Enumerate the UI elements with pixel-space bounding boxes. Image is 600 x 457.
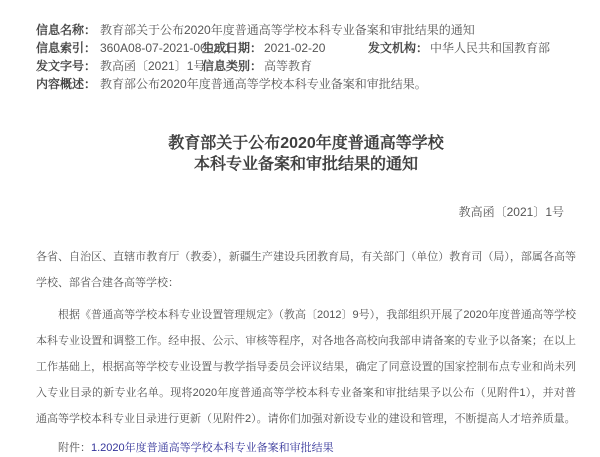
- meta-row-summary: 内容概述： 教育部公布2020年度普通高等学校本科专业备案和审批结果。: [36, 75, 576, 93]
- document-number: 教高函〔2021〕1号: [36, 203, 576, 220]
- meta-name-label: 信息名称：: [36, 21, 100, 39]
- page-title: 教育部关于公布2020年度普通高等学校 本科专业备案和审批结果的通知: [36, 133, 576, 175]
- page-title-line2: 本科专业备案和审批结果的通知: [194, 156, 418, 173]
- attachment-row: 附件：1.2020年度普通高等学校本科专业备案和审批结果: [36, 440, 576, 456]
- meta-agency-label: 发文机构：: [368, 39, 430, 57]
- meta-date-value: 2021-02-20: [264, 39, 368, 57]
- meta-name-value: 教育部关于公布2020年度普通高等学校本科专业备案和审批结果的通知: [100, 21, 576, 39]
- attachment-link[interactable]: 1.2020年度普通高等学校本科专业备案和审批结果: [91, 442, 334, 454]
- body-paragraph: 根据《普通高等学校本科专业设置管理规定》（教高〔2012〕9号），我部组织开展了…: [36, 302, 576, 432]
- notice-page: 信息名称： 教育部关于公布2020年度普通高等学校本科专业备案和审批结果的通知 …: [0, 0, 600, 457]
- meta-index-label: 信息索引：: [36, 39, 100, 57]
- page-title-line1: 教育部关于公布2020年度普通高等学校: [168, 135, 444, 152]
- meta-docno-label: 发文字号：: [36, 57, 100, 75]
- meta-category-value: 高等教育: [264, 57, 576, 75]
- meta-category-label: 信息类别：: [202, 57, 264, 75]
- meta-summary-label: 内容概述：: [36, 75, 100, 93]
- meta-index-value: 360A08-07-2021-0002-1: [100, 39, 202, 57]
- attachment-label: 附件：: [58, 442, 91, 454]
- meta-agency-value: 中华人民共和国教育部: [430, 39, 576, 57]
- meta-row-index-date-agency: 信息索引： 360A08-07-2021-0002-1 生成日期： 2021-0…: [36, 39, 576, 57]
- meta-docno-value: 教高函〔2021〕1号: [100, 57, 202, 75]
- meta-row-docno-category: 发文字号： 教高函〔2021〕1号 信息类别： 高等教育: [36, 57, 576, 75]
- meta-block: 信息名称： 教育部关于公布2020年度普通高等学校本科专业备案和审批结果的通知 …: [36, 21, 576, 93]
- meta-summary-value: 教育部公布2020年度普通高等学校本科专业备案和审批结果。: [100, 75, 576, 93]
- meta-date-label: 生成日期：: [202, 39, 264, 57]
- meta-row-name: 信息名称： 教育部关于公布2020年度普通高等学校本科专业备案和审批结果的通知: [36, 21, 576, 39]
- salutation: 各省、自治区、直辖市教育厅（教委），新疆生产建设兵团教育局，有关部门（单位）教育…: [36, 244, 576, 296]
